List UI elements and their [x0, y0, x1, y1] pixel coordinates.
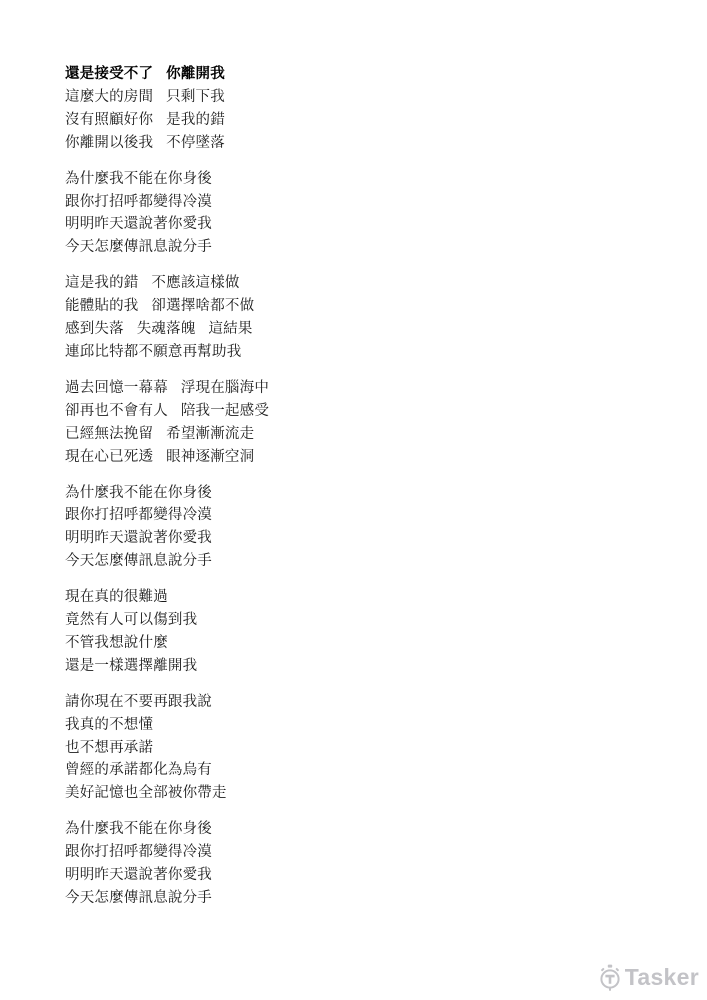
lyric-line: 還是一樣選擇離開我: [65, 655, 269, 678]
lyrics: 還是接受不了 你離開我這麼大的房間 只剩下我沒有照顧好你 是我的錯你離開以後我 …: [65, 63, 269, 923]
lyric-line: 感到失落 失魂落魄 這結果: [65, 318, 269, 341]
stanza-4: 過去回憶一幕幕 浮現在腦海中卻再也不會有人 陪我一起感受已經無法挽留 希望漸漸流…: [65, 377, 269, 469]
lyric-line: 連邱比特都不願意再幫助我: [65, 341, 269, 364]
stanza-3: 這是我的錯 不應該這樣做能體貼的我 卻選擇啥都不做感到失落 失魂落魄 這結果連邱…: [65, 272, 269, 364]
lyric-line: 也不想再承諾: [65, 737, 269, 760]
lyric-line: 為什麼我不能在你身後: [65, 168, 269, 191]
lyric-line: 這是我的錯 不應該這樣做: [65, 272, 269, 295]
tasker-logo-icon: [598, 964, 622, 991]
lyric-line: 明明昨天還說著你愛我: [65, 527, 269, 550]
lyric-line: 我真的不想懂: [65, 714, 269, 737]
lyric-line: 曾經的承諾都化為烏有: [65, 759, 269, 782]
lyric-line: 為什麼我不能在你身後: [65, 482, 269, 505]
lyric-line: 跟你打招呼都變得冷漠: [65, 191, 269, 214]
lyric-line: 請你現在不要再跟我說: [65, 691, 269, 714]
stanza-6: 現在真的很難過竟然有人可以傷到我不管我想說什麼還是一樣選擇離開我: [65, 586, 269, 678]
lyric-line: 今天怎麼傳訊息說分手: [65, 236, 269, 259]
lyric-line: 明明昨天還說著你愛我: [65, 864, 269, 887]
lyric-line: 沒有照顧好你 是我的錯: [65, 109, 269, 132]
stanza-8: 為什麼我不能在你身後跟你打招呼都變得冷漠明明昨天還說著你愛我今天怎麼傳訊息說分手: [65, 818, 269, 910]
lyrics-title-line: 還是接受不了 你離開我: [65, 63, 269, 86]
lyric-line: 已經無法挽留 希望漸漸流走: [65, 423, 269, 446]
stanza-1: 還是接受不了 你離開我這麼大的房間 只剩下我沒有照顧好你 是我的錯你離開以後我 …: [65, 63, 269, 155]
lyric-line: 跟你打招呼都變得冷漠: [65, 841, 269, 864]
lyric-line: 為什麼我不能在你身後: [65, 818, 269, 841]
lyric-line: 跟你打招呼都變得冷漠: [65, 504, 269, 527]
tasker-watermark: Tasker: [598, 964, 699, 991]
lyric-line: 卻再也不會有人 陪我一起感受: [65, 400, 269, 423]
lyric-line: 今天怎麼傳訊息說分手: [65, 887, 269, 910]
stanza-5: 為什麼我不能在你身後跟你打招呼都變得冷漠明明昨天還說著你愛我今天怎麼傳訊息說分手: [65, 482, 269, 574]
lyric-line: 美好記憶也全部被你帶走: [65, 782, 269, 805]
lyric-line: 竟然有人可以傷到我: [65, 609, 269, 632]
lyric-line: 現在心已死透 眼神逐漸空洞: [65, 446, 269, 469]
document-page: 還是接受不了 你離開我這麼大的房間 只剩下我沒有照顧好你 是我的錯你離開以後我 …: [0, 0, 707, 1000]
lyric-line: 明明昨天還說著你愛我: [65, 213, 269, 236]
lyric-line: 過去回憶一幕幕 浮現在腦海中: [65, 377, 269, 400]
tasker-brand-text: Tasker: [625, 966, 699, 989]
lyric-line: 今天怎麼傳訊息說分手: [65, 550, 269, 573]
lyric-line: 你離開以後我 不停墜落: [65, 132, 269, 155]
stanza-7: 請你現在不要再跟我說我真的不想懂也不想再承諾曾經的承諾都化為烏有美好記憶也全部被…: [65, 691, 269, 806]
lyric-line: 這麼大的房間 只剩下我: [65, 86, 269, 109]
stanza-2: 為什麼我不能在你身後跟你打招呼都變得冷漠明明昨天還說著你愛我今天怎麼傳訊息說分手: [65, 168, 269, 260]
lyric-line: 不管我想說什麼: [65, 632, 269, 655]
lyric-line: 現在真的很難過: [65, 586, 269, 609]
lyric-line: 能體貼的我 卻選擇啥都不做: [65, 295, 269, 318]
